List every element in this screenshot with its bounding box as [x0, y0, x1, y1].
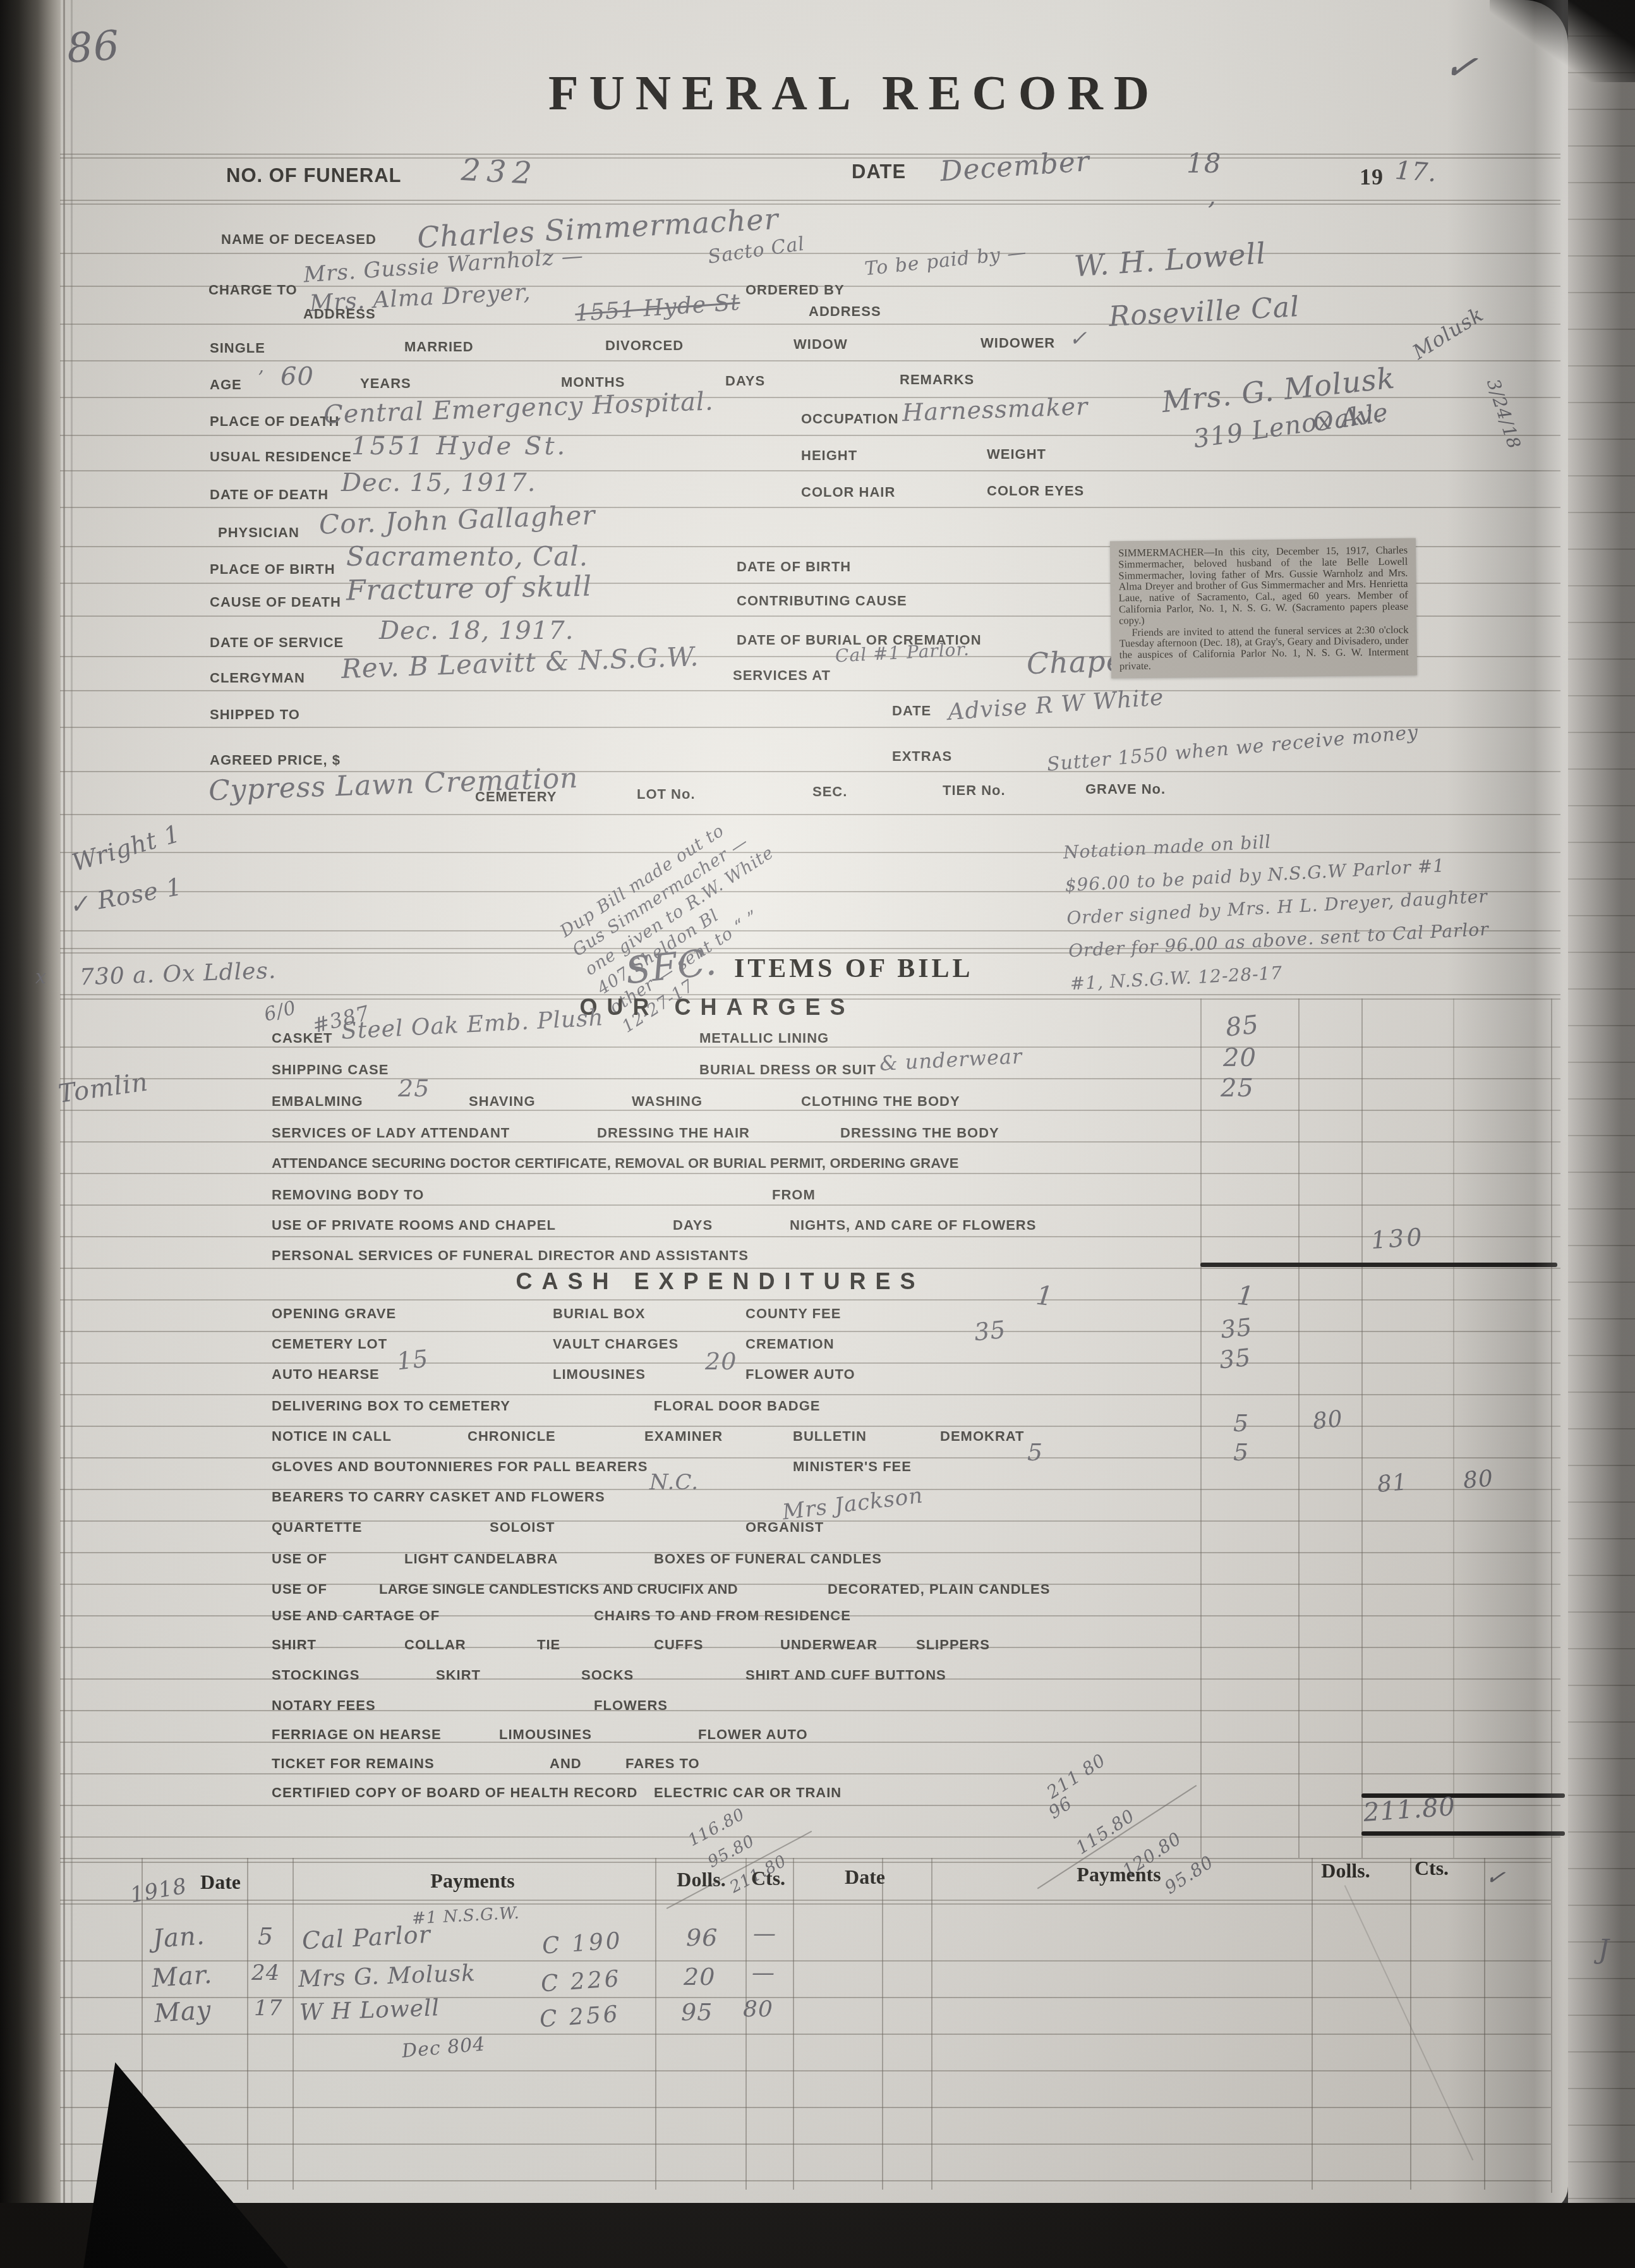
- embalming-price: 25: [398, 1076, 430, 1102]
- rule-line: [60, 360, 1560, 361]
- rule-line: [60, 154, 1560, 155]
- funeral-record-photo: 86 FUNERAL RECORD ✓ NO. OF FUNERAL 232 D…: [0, 0, 1635, 2268]
- place-of-death-label: PLACE OF DEATH: [210, 415, 339, 428]
- underwear-label: UNDERWEAR: [780, 1638, 878, 1652]
- funeral-candles-label: BOXES OF FUNERAL CANDLES: [654, 1552, 882, 1566]
- obituary-clipping: SIMMERMACHER—In this city, December 15, …: [1110, 538, 1417, 678]
- age-value: 60: [281, 363, 314, 391]
- ministers-fee-amount: 5: [1233, 1440, 1249, 1466]
- bearers-total-dollars: 81: [1376, 1470, 1408, 1498]
- cuffs-label: CUFFS: [654, 1638, 703, 1652]
- page-edge-line: [1551, 998, 1552, 2193]
- total-rule-bottom: [1361, 1831, 1565, 1836]
- our-charges-title: OUR CHARGES: [579, 996, 854, 1019]
- shipping-amount: 20: [1223, 1044, 1257, 1072]
- payments-header2: Payments: [1077, 1864, 1161, 1884]
- plain-candles-label: DECORATED, PLAIN CANDLES: [828, 1582, 1050, 1596]
- certified-copy-label: CERTIFIED COPY OF BOARD OF HEALTH RECORD: [272, 1786, 637, 1800]
- money-column-line: [1453, 998, 1454, 1858]
- shaving-label: SHAVING: [469, 1095, 536, 1108]
- table-column-line: [655, 1858, 656, 2190]
- widower-check-icon: ✓: [1069, 327, 1088, 351]
- sfc-monogram: SFC.: [624, 942, 719, 992]
- flower-auto-label: FLOWER AUTO: [745, 1367, 855, 1381]
- gloves-label: GLOVES AND BOUTONNIERES FOR PALL BEARERS: [272, 1460, 648, 1474]
- rule-line: [60, 814, 1560, 815]
- shirt-label: SHIRT: [272, 1638, 317, 1652]
- payment-row-payee: W H Lowell: [299, 1996, 440, 2025]
- payments-header: Payments: [430, 1871, 514, 1891]
- embalming-label: EMBALMING: [272, 1095, 363, 1108]
- address-left-label: ADDRESS: [303, 307, 376, 321]
- flowers-label: FLOWERS: [594, 1699, 668, 1713]
- tier-no-label: TIER No.: [943, 784, 1006, 797]
- cause-of-death-label: CAUSE OF DEATH: [210, 595, 341, 609]
- services-at-label: SERVICES AT: [733, 669, 831, 682]
- county-fee-price: 1: [1035, 1281, 1055, 1312]
- use-of-label: USE OF: [272, 1552, 327, 1566]
- payment-row-ref: C 190: [541, 1929, 624, 1959]
- days-label: DAYS: [725, 374, 765, 388]
- payment-row-cents: 80: [743, 1997, 773, 2022]
- limousines-label: LIMOUSINES: [553, 1367, 646, 1381]
- use-of-label2: USE OF: [272, 1582, 327, 1596]
- table-column-line: [882, 1858, 883, 2190]
- table-column-line: [793, 1858, 794, 2190]
- notice-call-label: NOTICE IN CALL: [272, 1429, 392, 1443]
- payment-row-day: 24: [251, 1962, 280, 1985]
- cemetery-lot-label: CEMETERY LOT: [272, 1337, 387, 1351]
- page-title: FUNERAL RECORD: [548, 68, 1160, 118]
- demokrat-label: DEMOKRAT: [940, 1429, 1024, 1443]
- lot-no-label: LOT No.: [637, 787, 696, 801]
- payment-row-day: 5: [258, 1924, 274, 1950]
- county-fee-amount: 1: [1236, 1281, 1256, 1312]
- rule-line: [60, 200, 1560, 201]
- county-fee-label: COUNTY FEE: [745, 1307, 841, 1321]
- payment-row-ref: C 226: [540, 1967, 622, 1997]
- date-of-birth-label: DATE OF BIRTH: [737, 560, 851, 574]
- place-of-birth-value: Sacramento, Cal.: [346, 542, 588, 571]
- skirt-label: SKIRT: [436, 1668, 481, 1682]
- table-rule: [60, 1900, 1551, 1901]
- margin-x-mark: x: [35, 967, 47, 988]
- widow-label: WIDOW: [793, 337, 848, 351]
- ordered-by-label: ORDERED BY: [745, 283, 845, 297]
- table-column-line: [1410, 1858, 1411, 2190]
- rule-line: [60, 435, 1560, 436]
- candlesticks-label: LARGE SINGLE CANDLESTICKS AND CRUCIFIX A…: [379, 1582, 738, 1596]
- months-label: MONTHS: [561, 375, 625, 389]
- shipping-case-label: SHIPPING CASE: [272, 1063, 389, 1077]
- charge-to-label: CHARGE TO: [208, 283, 298, 297]
- vault-charges-label: VAULT CHARGES: [553, 1337, 679, 1351]
- private-rooms-label: USE OF PRIVATE ROOMS AND CHAPEL: [272, 1218, 556, 1232]
- no-of-funeral-label: NO. OF FUNERAL: [226, 166, 402, 185]
- auto-hearse-price: 15: [395, 1345, 430, 1375]
- divorced-label: DIVORCED: [605, 339, 684, 353]
- date-day: 18: [1186, 149, 1221, 178]
- weight-label: WEIGHT: [987, 447, 1046, 461]
- socks-label: SOCKS: [581, 1668, 634, 1682]
- lady-attendant-label: SERVICES OF LADY ATTENDANT: [272, 1126, 510, 1140]
- nights-flowers-label: NIGHTS, AND CARE OF FLOWERS: [790, 1218, 1036, 1232]
- auto-hearse-label: AUTO HEARSE: [272, 1367, 380, 1381]
- limousines-label2: LIMOUSINES: [499, 1728, 592, 1742]
- payment-row-ref: C 256: [539, 2002, 621, 2032]
- tie-label: TIE: [537, 1638, 560, 1652]
- cuff-buttons-label: SHIRT AND CUFF BUTTONS: [745, 1668, 946, 1682]
- casket-amount: 85: [1224, 1010, 1260, 1041]
- grave-no-label: GRAVE No.: [1085, 782, 1166, 796]
- age-tick: ’: [258, 368, 265, 389]
- occupation-label: OCCUPATION: [801, 412, 899, 426]
- contributing-cause-label: CONTRIBUTING CAUSE: [737, 594, 907, 608]
- obituary-paragraph: Friends are invited to attend the funera…: [1119, 624, 1409, 672]
- attendance-label: ATTENDANCE SECURING DOCTOR CERTIFICATE, …: [272, 1156, 959, 1170]
- dressing-body-label: DRESSING THE BODY: [840, 1126, 999, 1140]
- soloist-label: SOLOIST: [490, 1520, 555, 1534]
- ministers-fee-price: 5: [1027, 1440, 1043, 1466]
- notice-amount: 5: [1233, 1410, 1249, 1437]
- payment-row-dollars: 96: [686, 1925, 718, 1951]
- cts-header2: Cts.: [1415, 1858, 1449, 1878]
- bearers-label: BEARERS TO CARRY CASKET AND FLOWERS: [272, 1490, 605, 1504]
- personal-services-total: 130: [1370, 1224, 1425, 1254]
- table-column-line: [931, 1858, 932, 2190]
- payment-row-dollars: 95: [681, 1999, 713, 2026]
- ship-date-label: DATE: [892, 704, 931, 718]
- limousines-price: 20: [705, 1349, 737, 1375]
- rule-line: [60, 253, 1560, 254]
- cts-header: Cts.: [751, 1868, 785, 1888]
- rule-line: [60, 203, 1560, 205]
- payment-row-cents: —: [753, 1921, 776, 1946]
- margin-j-mark: J: [1598, 1935, 1610, 1964]
- year-written: 17.: [1394, 157, 1439, 188]
- delivering-box-label: DELIVERING BOX TO CEMETERY: [272, 1399, 510, 1413]
- date-comma: ,: [1208, 182, 1217, 210]
- years-label: YEARS: [360, 377, 411, 391]
- table-ruling: [60, 1925, 1551, 2188]
- money-column-line: [1200, 998, 1202, 1858]
- cremation-label: CREMATION: [745, 1337, 835, 1351]
- table-rule: [60, 1903, 1551, 1905]
- name-of-deceased-label: NAME OF DECEASED: [221, 233, 377, 246]
- book-binding: [0, 0, 61, 2268]
- quartette-label: QUARTETTE: [272, 1520, 362, 1534]
- obituary-paragraph: SIMMERMACHER—In this city, December 15, …: [1118, 545, 1408, 626]
- notary-fees-label: NOTARY FEES: [272, 1699, 376, 1713]
- auto-amount: 35: [1218, 1344, 1252, 1374]
- rule-line: [60, 324, 1560, 325]
- widower-label: WIDOWER: [980, 336, 1055, 350]
- flower-auto-label2: FLOWER AUTO: [698, 1728, 808, 1742]
- married-label: MARRIED: [404, 340, 474, 354]
- clothing-body-label: CLOTHING THE BODY: [801, 1095, 960, 1108]
- notation-on-bill: Notation made on bill $96.00 to be paid …: [1063, 815, 1492, 1001]
- payment-row-dollars: 20: [684, 1964, 715, 1991]
- remarks-label: REMARKS: [900, 373, 974, 387]
- washing-label: WASHING: [632, 1095, 703, 1108]
- heavy-underline: [1200, 1263, 1557, 1267]
- ticket-remains-label: TICKET FOR REMAINS: [272, 1757, 435, 1771]
- age-label: AGE: [210, 378, 242, 392]
- collar-label: COLLAR: [404, 1638, 466, 1652]
- removing-body-label: REMOVING BODY TO: [272, 1188, 424, 1202]
- rule-line: [60, 690, 1560, 691]
- date-of-service-value: Dec. 18, 1917.: [379, 617, 574, 645]
- chronicle-label: CHRONICLE: [468, 1429, 556, 1443]
- rule-line: [60, 507, 1560, 508]
- color-hair-label: COLOR HAIR: [801, 485, 895, 499]
- date-of-death-label: DATE OF DEATH: [210, 488, 329, 502]
- physician-label: PHYSICIAN: [218, 526, 299, 540]
- year-printed: 19: [1360, 166, 1384, 188]
- table-column-line: [745, 1858, 747, 2190]
- address-right-label: ADDRESS: [809, 305, 881, 318]
- sec-label: SEC.: [812, 785, 847, 799]
- dressing-hair-label: DRESSING THE HAIR: [597, 1126, 750, 1140]
- payment-row-month: May: [154, 1996, 212, 2028]
- dolls-header2: Dolls.: [1321, 1860, 1370, 1881]
- adjacent-page-edge: [1568, 0, 1635, 2207]
- table-column-line: [1484, 1858, 1485, 2190]
- ferriage-label: FERRIAGE ON HEARSE: [272, 1728, 442, 1742]
- bearers-total-cents: 80: [1462, 1466, 1494, 1494]
- floral-badge-label: FLORAL DOOR BADGE: [654, 1399, 820, 1413]
- cemetery-label: CEMETERY: [475, 790, 557, 804]
- opening-grave-label: OPENING GRAVE: [272, 1307, 396, 1321]
- single-label: SINGLE: [210, 341, 265, 355]
- agreed-price-label: AGREED PRICE, $: [210, 753, 341, 767]
- table-column-line: [247, 1858, 248, 2190]
- money-column-line: [1361, 998, 1363, 1858]
- date-of-service-label: DATE OF SERVICE: [210, 636, 344, 650]
- cremation-amount: 35: [1219, 1314, 1253, 1343]
- funeral-number: 232: [461, 154, 539, 191]
- cash-expenditures-title: CASH EXPENDITURES: [516, 1270, 924, 1293]
- color-eyes-label: COLOR EYES: [987, 484, 1084, 498]
- burial-box-label: BURIAL BOX: [553, 1307, 646, 1321]
- from-label: FROM: [772, 1188, 816, 1202]
- date-of-death-value: Dec. 15, 1917.: [341, 469, 536, 497]
- date-label: DATE: [852, 162, 906, 181]
- page-number: 86: [66, 23, 121, 71]
- light-candelabra-label: LIGHT CANDELABRA: [404, 1552, 558, 1566]
- shipped-to-label: SHIPPED TO: [210, 708, 300, 722]
- clergyman-label: CLERGYMAN: [210, 671, 305, 685]
- payment-row-cents: —: [752, 1960, 775, 1986]
- payments-date-header2: Date: [845, 1867, 885, 1887]
- rule-line: [60, 157, 1560, 159]
- items-of-bill-title: ITEMS OF BILL: [734, 955, 974, 982]
- cartage-label: USE AND CARTAGE OF: [272, 1609, 440, 1623]
- chairs-label: CHAIRS TO AND FROM RESIDENCE: [594, 1609, 851, 1623]
- burial-dress-label: BURIAL DRESS OR SUIT: [699, 1063, 876, 1077]
- bulletin-label: BULLETIN: [793, 1429, 867, 1443]
- stockings-label: STOCKINGS: [272, 1668, 359, 1682]
- payment-row-month: Mar.: [151, 1961, 214, 1993]
- embalming-amount: 25: [1221, 1074, 1254, 1102]
- bearers-note: N.C.: [649, 1471, 699, 1495]
- cause-of-death-value: Fracture of skull: [346, 572, 593, 607]
- dolls-header: Dolls.: [677, 1869, 725, 1889]
- days-label2: DAYS: [673, 1218, 713, 1232]
- personal-services-label: PERSONAL SERVICES OF FUNERAL DIRECTOR AN…: [272, 1249, 749, 1263]
- metallic-lining-label: METALLIC LINING: [699, 1031, 829, 1045]
- usual-residence-label: USUAL RESIDENCE: [210, 450, 352, 464]
- slippers-label: SLIPPERS: [916, 1638, 990, 1652]
- notice-cents: 80: [1312, 1407, 1344, 1434]
- rule-line: [60, 470, 1560, 471]
- electric-car-label: ELECTRIC CAR OR TRAIN: [654, 1786, 842, 1800]
- money-column-line: [1298, 998, 1300, 1858]
- grand-total: 211.80: [1363, 1793, 1457, 1827]
- examiner-label: EXAMINER: [644, 1429, 723, 1443]
- place-of-birth-label: PLACE OF BIRTH: [210, 562, 335, 576]
- payments-date-header: Date: [200, 1872, 241, 1892]
- payment-row-month: Jan.: [152, 1922, 206, 1953]
- fares-to-label: FARES TO: [625, 1757, 700, 1771]
- and-label: AND: [550, 1757, 582, 1771]
- table-column-line: [1312, 1858, 1313, 2190]
- table-column-line: [293, 1858, 294, 2190]
- casket-label: CASKET: [272, 1031, 332, 1045]
- usual-residence-value: 1551 Hyde St.: [351, 432, 567, 460]
- ministers-fee-label: MINISTER'S FEE: [793, 1460, 912, 1474]
- height-label: HEIGHT: [801, 449, 857, 463]
- cremation-price: 35: [973, 1316, 1007, 1346]
- payment-row-day: 17: [254, 1997, 282, 2020]
- background-corner: [1490, 0, 1635, 82]
- extras-label: EXTRAS: [892, 749, 952, 763]
